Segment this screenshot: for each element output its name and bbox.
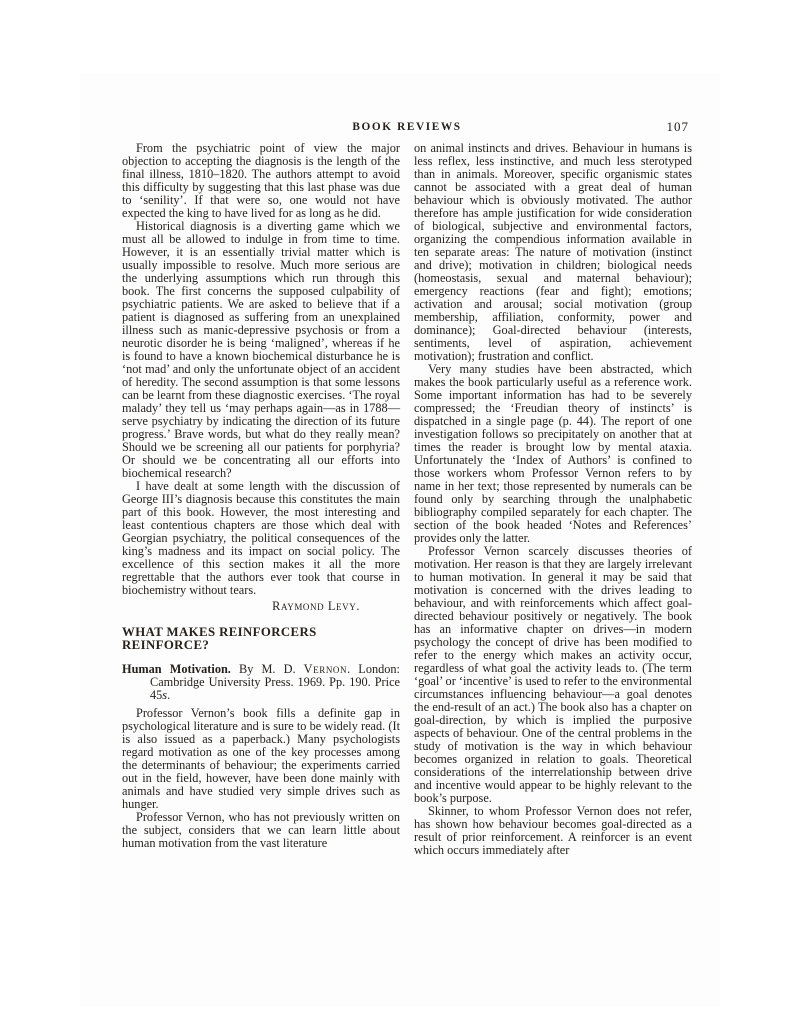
review-paragraph: From the psychiatric point of view the m…	[122, 142, 400, 220]
text-block: BOOK REVIEWS 107 From the psychiatric po…	[122, 120, 692, 857]
review-paragraph: on animal instincts and drives. Behaviou…	[414, 142, 692, 363]
page-number: 107	[667, 120, 690, 133]
review-paragraph: I have dealt at some length with the dis…	[122, 480, 400, 597]
left-column: From the psychiatric point of view the m…	[122, 142, 400, 857]
citation-by: By M. D.	[231, 662, 304, 676]
book-citation: Human Motivation. By M. D. Vernon. Londo…	[122, 663, 400, 702]
two-column-layout: From the psychiatric point of view the m…	[122, 142, 692, 857]
review-paragraph: Skinner, to whom Professor Vernon does n…	[414, 805, 692, 857]
review-paragraph: Professor Vernon, who has not previously…	[122, 811, 400, 850]
reviewer-signature: Raymond Levy.	[122, 600, 400, 613]
book-author: Vernon	[304, 662, 347, 676]
right-column: on animal instincts and drives. Behaviou…	[414, 142, 692, 857]
review-paragraph: Professor Vernon’s book fills a definite…	[122, 707, 400, 811]
review-paragraph: Historical diagnosis is a diverting game…	[122, 220, 400, 480]
review-paragraph: Very many studies have been abstracted, …	[414, 363, 692, 545]
review-paragraph: Professor Vernon scarcely discusses theo…	[414, 545, 692, 805]
citation-end: .	[167, 688, 170, 702]
scan-background: BOOK REVIEWS 107 From the psychiatric po…	[0, 0, 800, 1036]
review-title: WHAT MAKES REINFORCERS REINFORCE?	[122, 626, 400, 652]
running-title: BOOK REVIEWS	[352, 121, 461, 133]
page-header: BOOK REVIEWS 107	[122, 120, 692, 135]
journal-page: BOOK REVIEWS 107 From the psychiatric po…	[80, 73, 720, 1007]
book-title: Human Motivation.	[122, 662, 231, 676]
reviewer-name: Raymond Levy.	[272, 599, 360, 613]
